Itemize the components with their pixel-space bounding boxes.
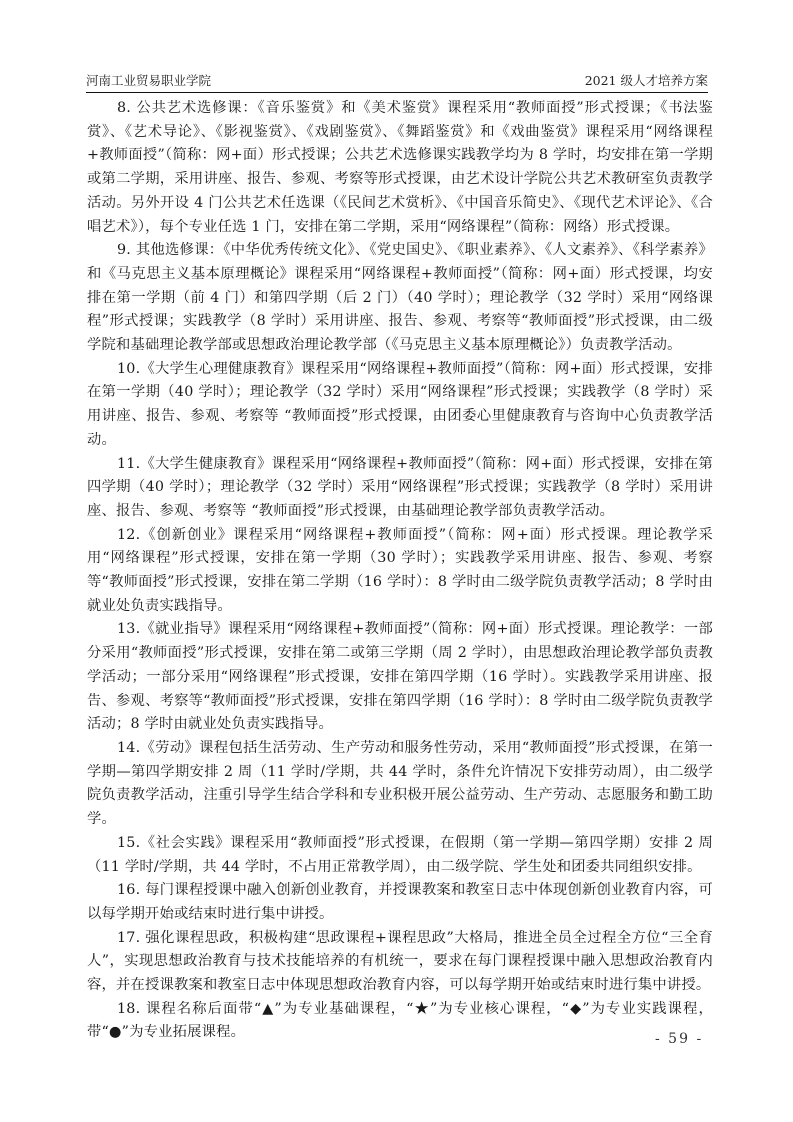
page-number: - 59 - — [655, 1031, 703, 1047]
page-header: 河南工业贸易职业学院 2021 级人才培养方案 — [86, 70, 708, 93]
paragraph-9: 9. 其他选修课：《中华优秀传统文化》、《党史国史》、《职业素养》、《人文素养》… — [87, 239, 713, 358]
paragraph-12: 12.《创新创业》课程采用“网络课程+教师面授”（简称：网+面）形式授课。理论教… — [87, 524, 713, 619]
header-institution: 河南工业贸易职业学院 — [86, 71, 211, 89]
document-page: 河南工业贸易职业学院 2021 级人才培养方案 8. 公共艺术选修课：《音乐鉴赏… — [0, 0, 793, 1122]
paragraph-15: 15.《社会实践》课程采用“教师面授”形式授课，在假期（第一学期—第四学期）安排… — [87, 832, 713, 879]
paragraph-18: 18. 课程名称后面带“▲”为专业基础课程，“★”为专业核心课程，“◆”为专业实… — [87, 998, 713, 1045]
paragraph-14: 14.《劳动》课程包括生活劳动、生产劳动和服务性劳动，采用“教师面授”形式授课，… — [87, 737, 713, 832]
paragraph-16: 16. 每门课程授课中融入创新创业教育，并授课教案和教室日志中体现创新创业教育内… — [87, 879, 713, 926]
paragraph-8: 8. 公共艺术选修课：《音乐鉴赏》和《美术鉴赏》课程采用“教师面授”形式授课；《… — [87, 97, 713, 239]
page-body: 8. 公共艺术选修课：《音乐鉴赏》和《美术鉴赏》课程采用“教师面授”形式授课；《… — [87, 97, 713, 1045]
paragraph-10: 10.《大学生心理健康教育》课程采用“网络课程+教师面授”（简称：网+面）形式授… — [87, 358, 713, 453]
paragraph-11: 11.《大学生健康教育》课程采用“网络课程+教师面授”（简称：网+面）形式授课，… — [87, 453, 713, 524]
paragraph-17: 17. 强化课程思政，积极构建“思政课程+课程思政”大格局，推进全员全过程全方位… — [87, 927, 713, 998]
header-document-title: 2021 级人才培养方案 — [585, 71, 708, 89]
paragraph-13: 13.《就业指导》课程采用“网络课程+教师面授”（简称：网+面）形式授课。理论教… — [87, 618, 713, 737]
